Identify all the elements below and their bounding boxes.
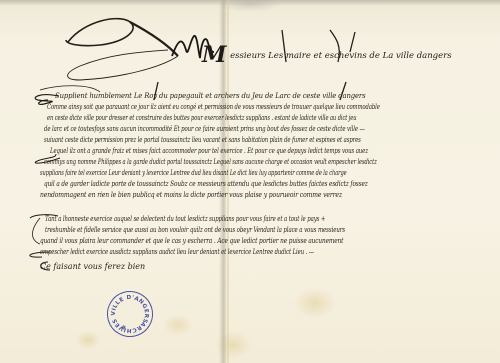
svg-text:ARCHIVES VILLE D'ANGERS: ARCHIVES VILLE D'ANGERS xyxy=(104,288,156,340)
body-line: Lequel ilz ont a grande fraiz et mises f… xyxy=(50,146,368,155)
closing-line: Ce faisant vous ferez bien xyxy=(40,262,145,271)
body-line: treshumble et fidelle seruice que aussi … xyxy=(45,225,345,234)
address-line: M essieurs Les maire et eschevins de La … xyxy=(202,42,452,68)
body-line: nendommagent en rien le bien publicq et … xyxy=(40,190,342,199)
stamp-text: ARCHIVES VILLE D'ANGERS xyxy=(104,288,156,340)
body-line: Comme ainsy soit que parauant ce jour il… xyxy=(47,102,380,111)
body-line: Tant a lhonneste exercice auquel se dele… xyxy=(45,214,325,223)
archive-stamp: ARCHIVES VILLE D'ANGERS B xyxy=(99,283,162,346)
body-line: de larc et ce toutesfoys sans aucun inco… xyxy=(44,124,365,133)
body-line: suiuant ceste dicte permission prez le p… xyxy=(44,135,361,144)
body-line: quil a de garder ladicte porte de toussa… xyxy=(44,179,368,188)
body-line: Supplient humblement Le Roy du papegault… xyxy=(55,91,365,100)
body-line: commys ung nomme Philippes a la garde du… xyxy=(44,157,377,166)
body-line: empescher ledict exercice ausdictz suppl… xyxy=(40,247,314,256)
paper-top-edge xyxy=(0,0,500,6)
manuscript-page: M essieurs Les maire et eschevins de La … xyxy=(0,0,500,363)
stamp-seal-icon: ARCHIVES VILLE D'ANGERS xyxy=(99,283,162,346)
body-line: en ceste dicte ville pour dresser et con… xyxy=(47,113,356,122)
body-line: quand il vous plaira leur commander et q… xyxy=(40,236,343,245)
decorated-initial: M xyxy=(202,42,226,68)
body-line: supplians faire tel exercice Leur denian… xyxy=(40,168,347,177)
address-text: essieurs Les maire et eschevins de La vi… xyxy=(230,51,452,61)
